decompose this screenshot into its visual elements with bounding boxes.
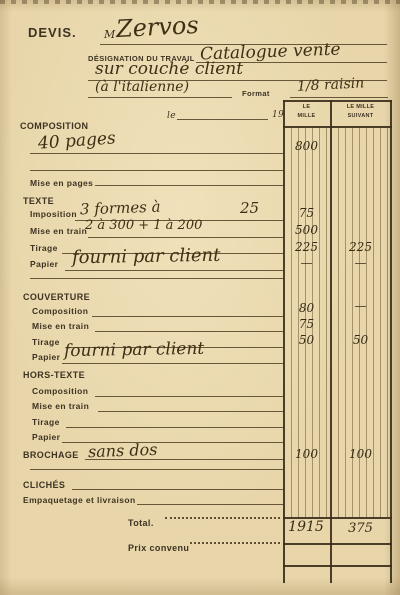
texte-tirage-amount-col1: 225 — [284, 240, 329, 254]
total-box-bottom — [283, 543, 392, 545]
composition-line-2 — [30, 170, 283, 171]
texte-tirage-label: Tirage — [30, 243, 58, 253]
couverture-tirage-amount-col2: 50 — [332, 333, 389, 347]
designation-entry-2: sur couché client — [95, 61, 243, 78]
mise-en-pages-line — [95, 185, 283, 186]
date-prefix: le — [167, 111, 176, 121]
texte-papier-entry: fourni par client — [72, 247, 221, 268]
table-right-border — [390, 100, 392, 583]
section-texte-heading: TEXTE — [23, 196, 54, 206]
empaquetage-label: Empaquetage et livraison — [23, 495, 136, 505]
texte-imposition-amount-col1: 75 — [284, 206, 329, 220]
couverture-mise-en-train-line — [95, 331, 283, 332]
texte-imposition-label: Imposition — [30, 209, 77, 219]
lower-box-line — [283, 565, 392, 567]
section-couverture-heading: COUVERTURE — [23, 292, 90, 302]
brochage-entry: sans dos — [88, 442, 158, 460]
devis-form: DEVIS. M Zervos DÉSIGNATION DU TRAVAIL C… — [0, 0, 400, 595]
date-line — [177, 119, 268, 120]
section-hors-texte-heading: HORS-TEXTE — [23, 370, 85, 380]
texte-imposition-entry: 3 formes à — [80, 200, 161, 218]
texte-bottom-line — [30, 278, 283, 279]
hors-texte-composition-label: Composition — [32, 386, 88, 396]
col1-header-line2: MILLE — [284, 112, 329, 121]
table-header-top — [283, 100, 392, 102]
couverture-papier-label: Papier — [32, 352, 60, 362]
texte-mise-en-train-label: Mise en train — [30, 226, 87, 236]
composition-entry: 40 pages — [38, 130, 117, 152]
hors-texte-composition-line — [95, 396, 283, 397]
mise-en-pages-label: Mise en pages — [30, 178, 93, 188]
section-brochage-heading: BROCHAGE — [23, 450, 79, 460]
texte-imposition-entry-2: 25 — [240, 201, 259, 216]
hors-texte-tirage-line — [66, 427, 283, 428]
couverture-composition-label: Composition — [32, 306, 88, 316]
cliches-line — [72, 489, 283, 490]
couverture-tirage-amount-col1: 50 — [284, 333, 329, 347]
brochage-line — [85, 459, 283, 460]
total-label: Total. — [128, 518, 154, 528]
designation-entry-3: (à l'italienne) — [95, 80, 189, 94]
col2-header: LE MILLE SUIVANT — [332, 103, 389, 122]
format-entry: 1/8 raisin — [297, 76, 365, 93]
composition-amount-col1: 800 — [284, 139, 329, 153]
total-dotted-leader — [165, 517, 280, 519]
prix-convenu-dotted-leader — [190, 542, 280, 544]
form-title: DEVIS. — [28, 25, 77, 40]
empaquetage-line — [137, 504, 283, 505]
couverture-mise-en-train-amount-col1: 75 — [284, 317, 329, 331]
texte-papier-amount-col1: — — [284, 256, 329, 270]
texte-tirage-amount-col2: 225 — [332, 240, 389, 254]
composition-line-1 — [30, 153, 283, 154]
texte-mise-en-train-amount-col1: 500 — [284, 223, 329, 237]
col2-header-line2: SUIVANT — [332, 112, 389, 121]
section-cliches-heading: CLICHÉS — [23, 480, 65, 490]
total-amount-col2: 375 — [332, 521, 389, 536]
format-line — [290, 97, 388, 98]
format-label: Format — [242, 89, 270, 98]
brochage-amount-col1: 100 — [284, 447, 329, 461]
couverture-composition-amount-col1: 80 — [284, 301, 329, 315]
col1-header-line1: LE — [284, 103, 329, 112]
couverture-mise-en-train-label: Mise en train — [32, 321, 89, 331]
hors-texte-mise-en-train-line — [98, 411, 283, 412]
texte-mise-en-train-line — [88, 237, 283, 238]
couverture-papier-line — [62, 363, 283, 364]
client-prefix: M — [104, 28, 116, 41]
bottom-separator-line — [30, 469, 283, 470]
col1-header: LE MILLE — [284, 103, 329, 122]
hors-texte-papier-label: Papier — [32, 432, 60, 442]
hors-texte-tirage-label: Tirage — [32, 417, 60, 427]
texte-papier-amount-col2: — — [332, 256, 389, 270]
couverture-papier-entry: fourni par client — [64, 341, 204, 360]
prix-convenu-label: Prix convenu — [128, 543, 189, 553]
perforated-edge — [0, 0, 400, 4]
col2-header-line1: LE MILLE — [332, 103, 389, 112]
designation-line-3 — [88, 97, 232, 98]
total-amount-col1: 1915 — [283, 519, 329, 535]
texte-papier-line — [65, 270, 283, 271]
couverture-composition-amount-col2: — — [332, 299, 389, 313]
hors-texte-mise-en-train-label: Mise en train — [32, 401, 89, 411]
section-composition-heading: COMPOSITION — [20, 121, 88, 131]
texte-mise-en-train-entry: 2 à 300 + 1 à 200 — [85, 219, 202, 232]
couverture-composition-line — [92, 316, 283, 317]
client-name-handwritten: Zervos — [115, 13, 199, 41]
brochage-amount-col2: 100 — [332, 447, 389, 461]
couverture-tirage-label: Tirage — [32, 337, 60, 347]
texte-papier-label: Papier — [30, 259, 58, 269]
